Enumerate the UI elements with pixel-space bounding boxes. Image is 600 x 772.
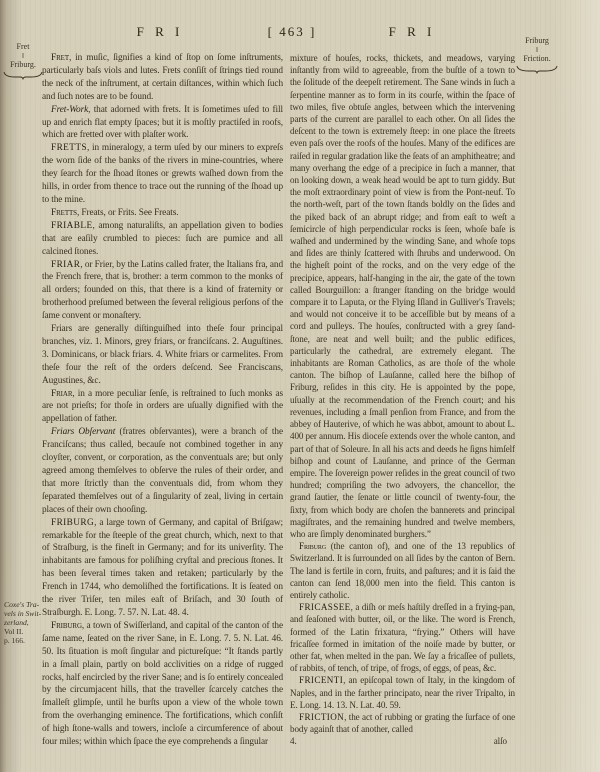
entry-lead: FRICTION [299, 712, 344, 722]
entry-fricenti: FRICENTI, an epiſcopal town of Italy, in… [290, 674, 515, 711]
entry-text: , a town of Swiſſerland, and capital of … [42, 621, 283, 747]
citation-line: p. 166. [4, 636, 46, 645]
citation-line: Coxe's Tra- [4, 600, 46, 609]
entry-text: are generally diſtinguiſhed into theſe f… [42, 324, 283, 386]
entry-friar: FRIAR, or Frier, by the Latins called fr… [42, 259, 283, 324]
running-title-right: F R I [356, 24, 468, 40]
entry-lead: Friar [51, 389, 72, 399]
citation-line: zerland, [4, 618, 46, 627]
margin-note-separator: ‖ [513, 46, 561, 54]
entry-lead: FRIBURG [51, 518, 94, 528]
entry-lead: FRIABLE [51, 221, 93, 231]
entry-fret: Fret, in muſic, ſignifies a kind of ſtop… [42, 52, 283, 104]
entry-lead: Fret [51, 53, 69, 63]
margin-note-entry-range-right: Friburg ‖ Friction. [513, 36, 561, 74]
right-column: mixture of houſes, rocks, thickets, and … [290, 52, 515, 749]
entry-friction: FRICTION, the act of rubbing or grating … [290, 711, 515, 735]
entry-friable: FRIABLE, among naturaliſts, an appellati… [42, 220, 283, 259]
entry-lead: Fretts [51, 208, 77, 218]
entry-text: , in muſic, ſignifies a kind of ſtop on … [42, 53, 283, 102]
entry-fret-work: Fret-Work, that adorned with frets. It i… [42, 104, 283, 143]
running-title-left: F R I [104, 24, 216, 40]
entry-lead: FRIAR [51, 260, 80, 270]
entry-text: (fratres obſervantes), were a branch of … [42, 427, 283, 514]
entry-lead: FRETTS [51, 143, 87, 153]
signature-mark: 4. [290, 735, 297, 747]
entry-text: , in a more peculiar ſenſe, is reſtraine… [42, 389, 283, 425]
entry-lead: Friburg [299, 541, 326, 551]
entry-lead: Friars Obſervant [51, 427, 115, 437]
entry-text: , Freats, or Frits. See Freats. [77, 208, 178, 218]
entry-fricassee: FRICASSEE, a diſh or meſs haſtily dreſſe… [290, 601, 515, 674]
entry-friburg-swisserland-continued: mixture of houſes, rocks, thickets, and … [290, 52, 515, 540]
text-block: Fret, in muſic, ſignifies a kind of ſtop… [42, 52, 515, 749]
entry-friar-branches: Friars are generally diſtinguiſhed into … [42, 323, 283, 388]
entry-lead: FRICENTI [299, 675, 343, 685]
margin-note-separator: ‖ [2, 52, 44, 60]
catchword: alſo [494, 735, 507, 747]
entry-lead: FRICASSEE [299, 602, 351, 612]
entry-friars-observant: Friars Obſervant (fratres obſervantes), … [42, 426, 283, 516]
entry-lead: Friars [51, 324, 72, 334]
margin-note-first-entry: Fret [2, 42, 44, 52]
margin-note-entry-range-left: Fret ‖ Friburg. [2, 42, 44, 80]
entry-friar-peculiar-sense: Friar, in a more peculiar ſenſe, is reſt… [42, 388, 283, 427]
entry-fretts-cross-reference: Fretts, Freats, or Frits. See Freats. [42, 207, 283, 220]
left-column: Fret, in muſic, ſignifies a kind of ſtop… [42, 52, 283, 749]
entry-lead: Fret-Work [51, 105, 88, 115]
brace-icon [516, 65, 558, 74]
citation-line: Vol II. [4, 627, 46, 636]
entry-text: , a large town of Germany, and capital o… [42, 518, 283, 618]
brace-icon [3, 71, 43, 80]
page-number: [ 463 ] [244, 24, 340, 40]
margin-note-last-entry: Friction. [513, 54, 561, 64]
margin-note-citation: Coxe's Tra- vels in Swit- zerland, Vol I… [4, 600, 46, 645]
entry-lead: Friburg [51, 621, 82, 631]
entry-friburg-germany: FRIBURG, a large town of Germany, and ca… [42, 517, 283, 620]
entry-fretts: FRETTS, in mineralogy, a term uſed by ou… [42, 142, 283, 207]
column-footer: 4. alſo [290, 735, 515, 747]
entry-friburg-swisserland: Friburg, a town of Swiſſerland, and capi… [42, 620, 283, 749]
book-page: F R I [ 463 ] F R I Fret ‖ Friburg. Frib… [0, 0, 600, 772]
entry-friburg-canton: Friburg (the canton of), and one of the … [290, 540, 515, 601]
entry-text: mixture of houſes, rocks, thickets, and … [290, 53, 515, 539]
margin-note-first-entry: Friburg [513, 36, 561, 46]
citation-line: vels in Swit- [4, 609, 46, 618]
margin-note-last-entry: Friburg. [2, 60, 44, 70]
entry-text: , a diſh or meſs haſtily dreſſed in a fr… [290, 602, 515, 673]
